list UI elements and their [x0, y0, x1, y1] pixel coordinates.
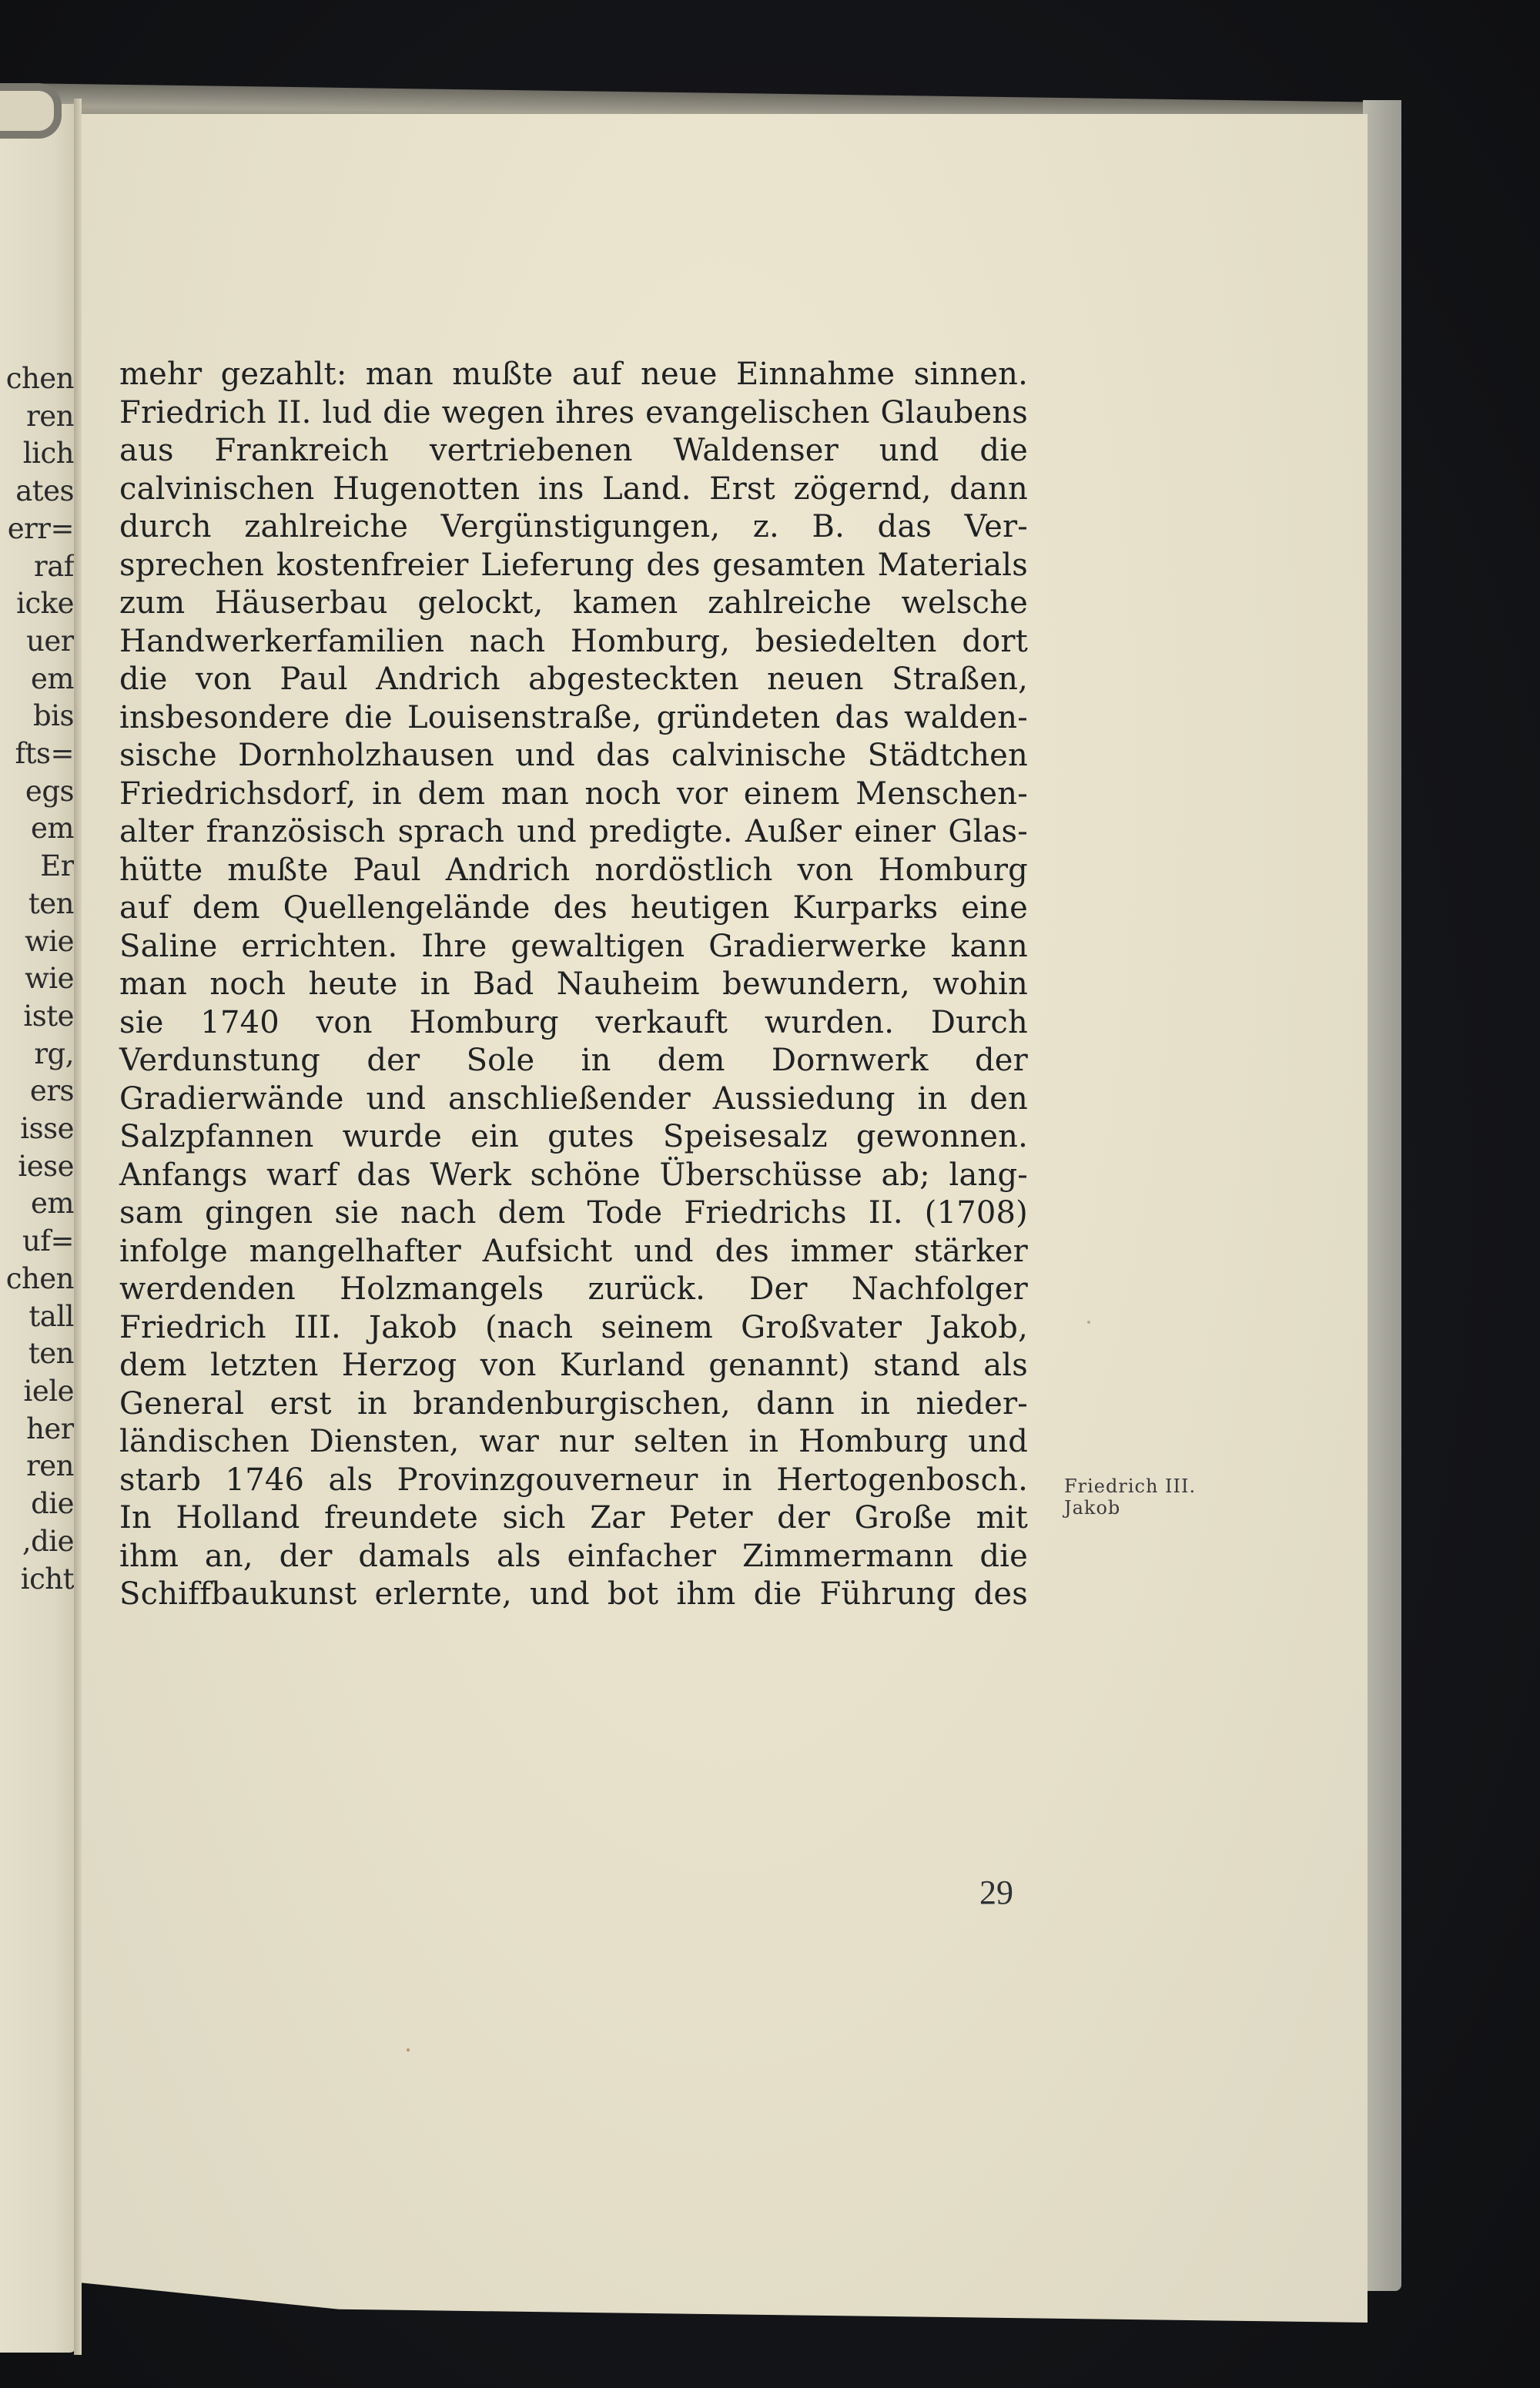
binding-curl	[0, 83, 62, 139]
fragment-line: em	[0, 810, 74, 848]
fragment-line: ers	[0, 1073, 74, 1110]
text-line: hütte mußte Paul Andrich nordöstlich von…	[119, 852, 1028, 890]
text-line: Anfangs warf das Werk schöne Überschüsse…	[119, 1157, 1028, 1195]
text-line: durch zahlreiche Vergünstigungen, z. B. …	[119, 508, 1028, 547]
text-line: Gradierwände und anschließender Aussiedu…	[119, 1080, 1028, 1119]
text-line: Salzpfannen wurde ein gutes Speisesalz g…	[119, 1118, 1028, 1157]
fragment-line: ates	[0, 473, 74, 511]
text-line: Saline errichten. Ihre gewaltigen Gradie…	[119, 928, 1028, 966]
previous-page-sliver: chen ren lich ates err= raf icke uer em …	[0, 104, 77, 2353]
text-line: ihm an, der damals als einfacher Zimmerm…	[119, 1538, 1028, 1576]
fragment-line: em	[0, 661, 74, 698]
page-number: 29	[979, 1873, 1013, 1912]
text-line: Verdunstung der Sole in dem Dornwerk der	[119, 1042, 1028, 1080]
text-line: In Holland freundete sich Zar Peter der …	[119, 1499, 1028, 1538]
paper-speck	[407, 2048, 410, 2051]
margin-note-line-2: Jakob	[1064, 1497, 1196, 1519]
fragment-line: bis	[0, 698, 74, 735]
fragment-line: uer	[0, 623, 74, 661]
fragment-line: chen	[0, 1261, 74, 1298]
fragment-line: wie	[0, 960, 74, 998]
text-line: sische Dornholzhausen und das calvinisch…	[119, 737, 1028, 775]
fragment-line: err=	[0, 511, 74, 548]
fragment-line: her	[0, 1411, 74, 1449]
text-line: zum Häuserbau gelockt, kamen zahlreiche …	[119, 584, 1028, 623]
text-line: alter französisch sprach und predigte. A…	[119, 813, 1028, 852]
text-line: infolge mangelhafter Aufsicht und des im…	[119, 1233, 1028, 1271]
fragment-line: iste	[0, 998, 74, 1036]
fragment-line: die	[0, 1485, 74, 1523]
text-line: Friedrich II. lud die wegen ihres evange…	[119, 394, 1028, 433]
text-line: sprechen kostenfreier Lieferung des gesa…	[119, 547, 1028, 585]
text-line: auf dem Quellengelände des heutigen Kurp…	[119, 889, 1028, 928]
fragment-line: ren	[0, 398, 74, 436]
text-line: aus Frankreich vertriebenen Waldenser un…	[119, 432, 1028, 471]
margin-note: Friedrich III. Jakob	[1064, 1475, 1196, 1519]
text-line: man noch heute in Bad Nauheim bewundern,…	[119, 966, 1028, 1004]
text-line: ländischen Diensten, war nur selten in H…	[119, 1423, 1028, 1462]
fragment-line: wie	[0, 923, 74, 961]
fragment-line: isse	[0, 1110, 74, 1148]
page-gutter	[74, 99, 82, 2355]
fragment-line: uf=	[0, 1223, 74, 1261]
fragment-line: icke	[0, 585, 74, 623]
text-line: General erst in brandenburgischen, dann …	[119, 1385, 1028, 1424]
fragment-line: icht	[0, 1561, 74, 1599]
text-line: sie 1740 von Homburg verkauft wurden. Du…	[119, 1004, 1028, 1043]
text-line: werdenden Holzmangels zurück. Der Nachfo…	[119, 1271, 1028, 1309]
fragment-line: ,die	[0, 1523, 74, 1561]
text-line: Friedrich III. Jakob (nach seinem Großva…	[119, 1309, 1028, 1348]
text-line: mehr gezahlt: man mußte auf neue Einnahm…	[119, 356, 1028, 394]
text-line: calvinischen Hugenotten ins Land. Erst z…	[119, 471, 1028, 509]
fragment-line: Er	[0, 848, 74, 886]
previous-page-text-fragments: chen ren lich ates err= raf icke uer em …	[0, 360, 74, 1598]
margin-note-line-1: Friedrich III.	[1064, 1475, 1196, 1497]
fragment-line: raf	[0, 548, 74, 586]
fragment-line: ten	[0, 1335, 74, 1373]
fragment-line: iele	[0, 1373, 74, 1411]
fragment-line: lich	[0, 435, 74, 473]
fragment-line: fts=	[0, 735, 74, 773]
paper-speck	[1087, 1321, 1090, 1324]
text-line: sam gingen sie nach dem Tode Friedrichs …	[119, 1194, 1028, 1233]
fragment-line: em	[0, 1185, 74, 1223]
fragment-line: ten	[0, 886, 74, 923]
body-text: mehr gezahlt: man mußte auf neue Einnahm…	[119, 356, 1028, 1614]
text-line: dem letzten Herzog von Kurland genannt) …	[119, 1347, 1028, 1385]
fragment-line: iese	[0, 1148, 74, 1186]
text-line: die von Paul Andrich abgesteckten neuen …	[119, 661, 1028, 699]
fragment-line: egs	[0, 773, 74, 811]
fragment-line: chen	[0, 360, 74, 398]
fragment-line: rg,	[0, 1036, 74, 1073]
text-line: Schiffbaukunst erlernte, und bot ihm die…	[119, 1576, 1028, 1614]
text-line: insbesondere die Louisenstraße, gründete…	[119, 699, 1028, 738]
fragment-line: ren	[0, 1448, 74, 1485]
text-line: Handwerkerfamilien nach Homburg, besiede…	[119, 623, 1028, 661]
text-line: starb 1746 als Provinzgouverneur in Hert…	[119, 1462, 1028, 1500]
page-stack-right-edge	[1363, 100, 1401, 2291]
fragment-line: tall	[0, 1298, 74, 1336]
text-line: Friedrichsdorf, in dem man noch vor eine…	[119, 775, 1028, 814]
